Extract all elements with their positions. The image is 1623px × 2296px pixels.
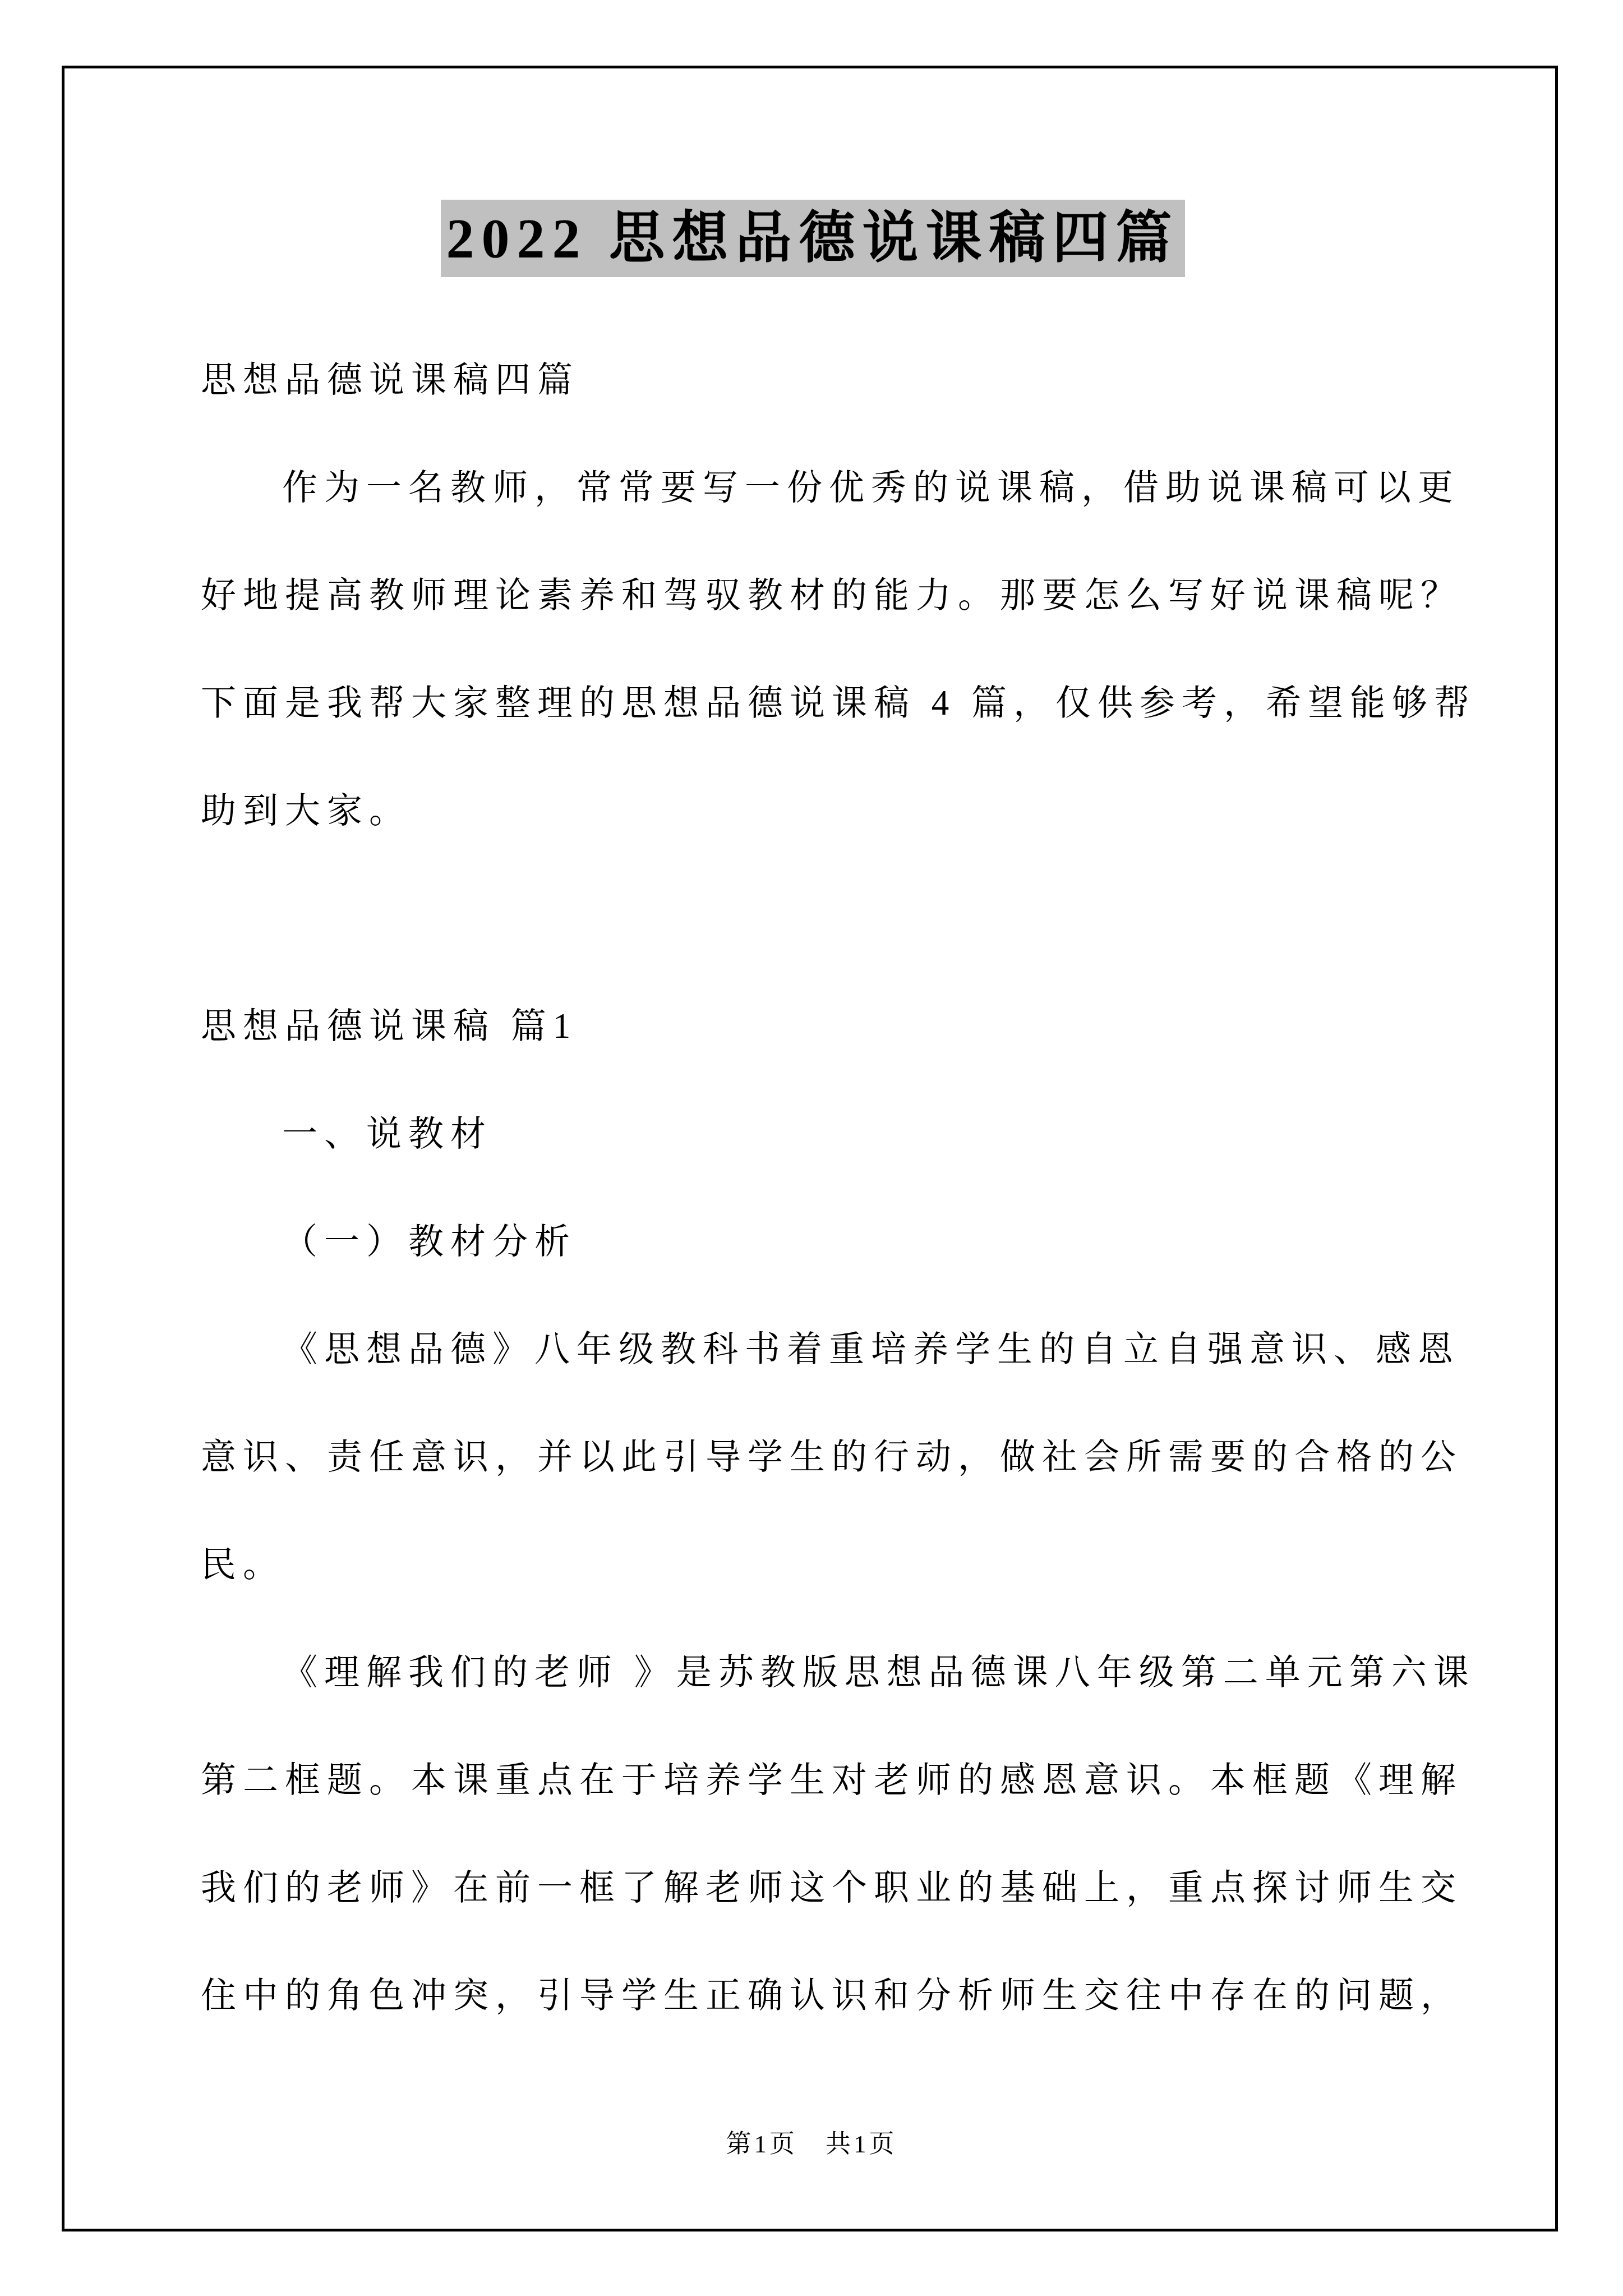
text-line: （一）教材分析: [201, 1221, 1424, 1328]
text-line: 助到大家。: [201, 790, 1424, 898]
page-number-footer: 第1页 共1页: [0, 2129, 1623, 2159]
page-title: 2022 思想品德说课稿四篇: [201, 200, 1424, 277]
text-line: 我们的老师》在前一框了解老师这个职业的基础上，重点探讨师生交: [201, 1867, 1424, 1975]
text-line: 思想品德说课稿四篇: [201, 359, 1424, 467]
blank-line: [201, 898, 1424, 1005]
body-text: 思想品德说课稿四篇作为一名教师，常常要写一份优秀的说课稿，借助说课稿可以更好地提…: [201, 359, 1424, 2082]
text-line: 下面是我帮大家整理的思想品德说课稿 4 篇，仅供参考，希望能够帮: [201, 682, 1424, 790]
text-line: 民。: [201, 1544, 1424, 1651]
text-line: 意识、责任意识，并以此引导学生的行动，做社会所需要的合格的公: [201, 1436, 1424, 1544]
text-line: 《思想品德》八年级教科书着重培养学生的自立自强意识、感恩: [201, 1328, 1424, 1436]
text-line: 住中的角色冲突，引导学生正确认识和分析师生交往中存在的问题，: [201, 1975, 1424, 2082]
text-line: 《理解我们的老师 》是苏教版思想品德课八年级第二单元第六课: [201, 1651, 1424, 1759]
text-line: 作为一名教师，常常要写一份优秀的说课稿，借助说课稿可以更: [201, 467, 1424, 574]
text-line: 一、说教材: [201, 1113, 1424, 1221]
text-line: 思想品德说课稿 篇1: [201, 1005, 1424, 1113]
text-line: 好地提高教师理论素养和驾驭教材的能力。那要怎么写好说课稿呢？: [201, 574, 1424, 682]
text-line: 第二框题。本课重点在于培养学生对老师的感恩意识。本框题《理解: [201, 1759, 1424, 1867]
title-highlight: 2022 思想品德说课稿四篇: [441, 200, 1185, 277]
document-page: 2022 思想品德说课稿四篇 思想品德说课稿四篇作为一名教师，常常要写一份优秀的…: [0, 0, 1623, 2296]
